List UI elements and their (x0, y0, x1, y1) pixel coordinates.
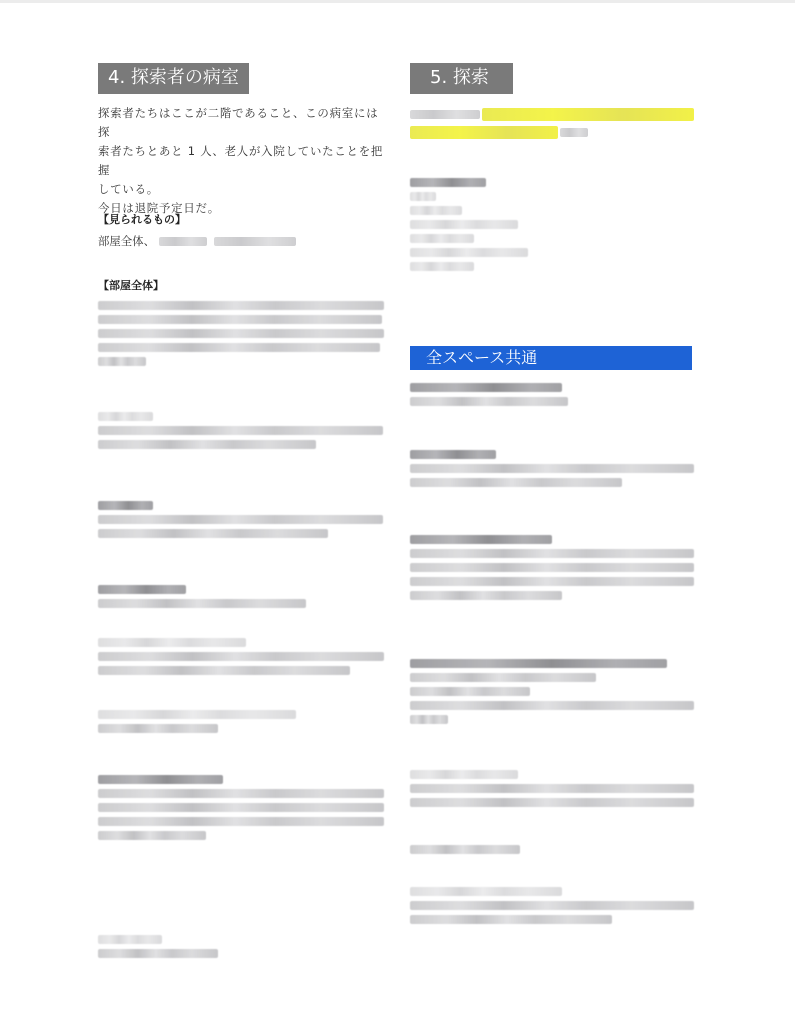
obscured-line (410, 563, 694, 572)
obscured-heading (410, 383, 562, 392)
obscured-line (410, 687, 530, 696)
obscured-line (410, 478, 622, 487)
obscured-heading (98, 412, 153, 421)
obscured-line (98, 315, 382, 324)
list-item (410, 206, 462, 215)
obscured-line (98, 599, 306, 608)
obscured-line (98, 529, 328, 538)
common-block (410, 840, 698, 859)
obscured-heading (98, 935, 162, 944)
common-block (410, 378, 698, 411)
obscured-line (98, 724, 218, 733)
obscured-line (410, 798, 694, 807)
intro-line: 探索者たちはここが二階であること、この病室には探 (98, 104, 388, 142)
item-block (98, 930, 386, 963)
intro-line: 索者たちとあと 1 人、老人が入院していたことを把握 (98, 142, 388, 180)
common-block (410, 654, 698, 729)
obscured-line (410, 901, 694, 910)
visible-things-list: 部屋全体、 (98, 232, 296, 250)
item-block (98, 580, 386, 613)
common-block (410, 882, 698, 929)
obscured-line (98, 817, 384, 826)
page-top-edge (0, 0, 795, 3)
room-detail-block (98, 407, 386, 454)
item-block (98, 770, 386, 845)
list-item (410, 262, 474, 271)
obscured-heading (98, 710, 296, 719)
obscured-line (98, 343, 380, 352)
item-block (98, 705, 386, 738)
section-heading-label: 4. 探索者の病室 (98, 63, 249, 94)
highlighted-intro (410, 106, 700, 142)
obscured-line (98, 329, 384, 338)
obscured-heading (98, 585, 186, 594)
obscured-line (98, 831, 206, 840)
section-heading-label: 5. 探索 (410, 63, 513, 94)
visible-things-label: 【見られるもの】 (98, 211, 186, 229)
obscured-heading (410, 770, 518, 779)
room-description-block (98, 296, 386, 371)
obscured-heading (98, 501, 153, 510)
obscured-line (98, 803, 384, 812)
obscured-line (410, 549, 694, 558)
visible-item-room: 部屋全体、 (98, 234, 155, 248)
obscured-line (410, 915, 612, 924)
list-item (410, 220, 518, 229)
obscured-line (98, 652, 384, 661)
obscured-text (560, 128, 588, 137)
room-overview-label: 【部屋全体】 (98, 277, 164, 295)
visible-item-obscured (214, 237, 296, 246)
section-heading-4: 4. 探索者の病室 (98, 63, 249, 94)
common-block (410, 765, 698, 812)
obscured-heading (410, 178, 486, 187)
common-block (410, 445, 698, 492)
intro-paragraph: 探索者たちはここが二階であること、この病室には探 索者たちとあと 1 人、老人が… (98, 104, 388, 218)
obscured-line (410, 591, 562, 600)
obscured-line (98, 301, 384, 310)
visible-item-obscured (159, 237, 207, 246)
list-item (410, 234, 474, 243)
obscured-line (410, 464, 694, 473)
obscured-heading (410, 887, 562, 896)
obscured-line (410, 397, 568, 406)
obscured-line (98, 949, 218, 958)
obscured-heading (98, 638, 246, 647)
obscured-line (410, 701, 694, 710)
obscured-line (98, 426, 383, 435)
section-heading-5: 5. 探索 (410, 63, 513, 94)
obscured-heading (410, 659, 667, 668)
search-list (410, 173, 698, 276)
obscured-line (98, 666, 350, 675)
obscured-line (98, 440, 316, 449)
intro-line: している。 (98, 180, 388, 199)
obscured-line (410, 845, 520, 854)
highlighted-text (482, 108, 694, 121)
obscured-line (98, 789, 384, 798)
obscured-line (98, 515, 383, 524)
obscured-heading (410, 450, 496, 459)
highlighted-text (410, 126, 558, 139)
common-block (410, 530, 698, 605)
obscured-heading (410, 535, 552, 544)
obscured-line (98, 357, 146, 366)
obscured-line (410, 577, 694, 586)
obscured-line (410, 673, 596, 682)
obscured-line (410, 715, 448, 724)
item-block (98, 496, 386, 543)
common-heading: 全スペース共通 (410, 346, 692, 370)
obscured-line (410, 784, 694, 793)
obscured-text (410, 110, 480, 119)
list-item (410, 192, 436, 201)
obscured-heading (98, 775, 223, 784)
list-item (410, 248, 528, 257)
item-block (98, 633, 386, 680)
